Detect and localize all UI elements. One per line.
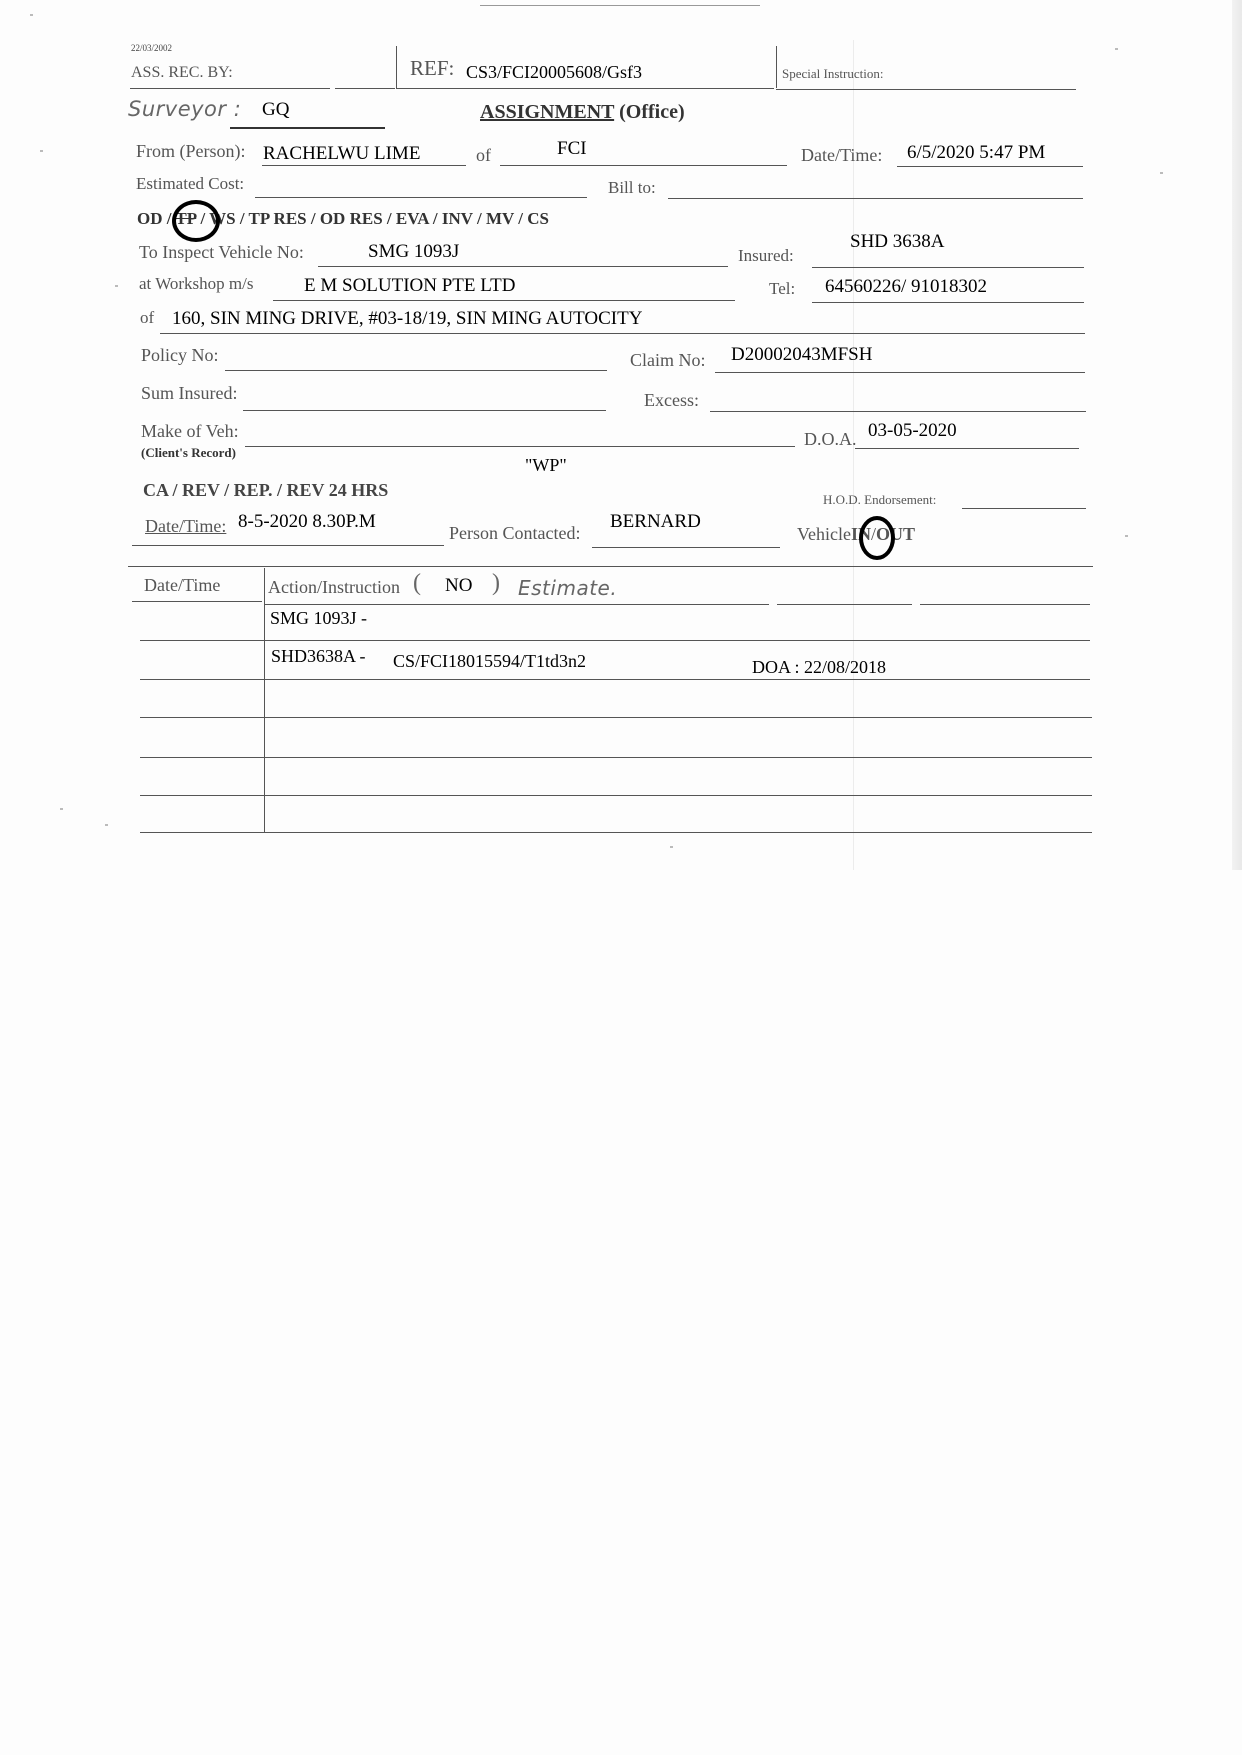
header-row-underline-4: [920, 604, 1090, 605]
inspect-vehicle-label: To Inspect Vehicle No:: [139, 242, 304, 263]
from-datetime-value[interactable]: 6/5/2020 5:47 PM: [907, 142, 1045, 164]
header-row-underline-1: [132, 601, 262, 602]
policy-no-field[interactable]: [225, 370, 607, 371]
scan-speck: [670, 846, 673, 848]
from-datetime-underline: [897, 166, 1083, 167]
type-option-od[interactable]: OD /: [137, 209, 175, 228]
col-header-datetime: Date/Time: [144, 575, 220, 596]
handwritten-estimate-note: Estimate.: [518, 576, 617, 600]
from-person-underline: [262, 165, 466, 166]
ref-label: REF:: [410, 56, 454, 81]
estimated-cost-label: Estimated Cost:: [136, 174, 244, 194]
make-of-vehicle-field[interactable]: [245, 446, 795, 447]
from-person-label: From (Person):: [136, 141, 246, 162]
scan-speck: [30, 14, 33, 16]
paren-open: (: [413, 570, 421, 597]
table-column-divider: [264, 568, 265, 833]
scan-artifact-line: [480, 5, 760, 6]
bill-to-field[interactable]: [668, 198, 1083, 199]
scan-speck: [115, 285, 118, 287]
contact-datetime-underline: [132, 545, 444, 546]
claim-no-underline: [715, 372, 1085, 373]
doa-value[interactable]: 03-05-2020: [868, 420, 957, 442]
from-datetime-label: Date/Time:: [801, 145, 882, 166]
header-row-underline-3: [777, 604, 912, 605]
estimated-cost-field[interactable]: [255, 197, 587, 198]
ref-value[interactable]: CS3/FCI20005608/Gsf3: [466, 62, 642, 83]
of-value[interactable]: FCI: [557, 138, 587, 160]
header-divider-2: [776, 46, 777, 88]
row-2-line: [140, 679, 1090, 680]
surveyor-value[interactable]: GQ: [262, 99, 289, 121]
scan-speck: [40, 150, 43, 152]
special-instruction-underline: [776, 89, 1076, 90]
ass-rec-by-underline: [130, 88, 330, 89]
insured-value[interactable]: SHD 3638A: [850, 231, 944, 253]
form-title: ASSIGNMENT (Office): [480, 101, 685, 124]
row-1-line: [140, 640, 1090, 641]
of-label: of: [476, 145, 491, 166]
person-contacted-underline: [592, 547, 780, 548]
form-title-sub: (Office): [619, 101, 685, 123]
bill-to-label: Bill to:: [608, 178, 656, 198]
vehicle-label: Vehicle: [797, 524, 851, 544]
header-divider-1: [396, 46, 397, 88]
person-contacted-value[interactable]: BERNARD: [610, 511, 701, 533]
address-value[interactable]: 160, SIN MING DRIVE, #03-18/19, SIN MING…: [172, 308, 642, 330]
header-row-underline-2: [264, 604, 769, 605]
insured-label: Insured:: [738, 246, 794, 266]
ref-underline: [396, 88, 774, 89]
claim-no-label: Claim No:: [630, 350, 706, 371]
estimate-flag-value[interactable]: NO: [445, 575, 472, 597]
row-2-ref[interactable]: CS/FCI18015594/T1td3n2: [393, 651, 586, 672]
ass-rec-by-label: ASS. REC. BY:: [131, 64, 233, 82]
scan-speck: [60, 808, 63, 810]
table-top-border: [128, 566, 1093, 567]
row-6-line: [140, 832, 1092, 833]
of-underline: [500, 165, 787, 166]
tel-underline: [812, 302, 1084, 303]
ass-rec-by-underline-2: [335, 88, 395, 89]
make-of-vehicle-label: Make of Veh:: [141, 421, 239, 442]
sum-insured-field[interactable]: [243, 410, 606, 411]
contact-datetime-value[interactable]: 8-5-2020 8.30P.M: [238, 511, 376, 533]
scan-speck: [1115, 48, 1118, 50]
policy-no-label: Policy No:: [141, 345, 219, 366]
address-underline: [160, 333, 1085, 334]
address-of-label: of: [140, 308, 154, 328]
row-2-doa[interactable]: DOA : 22/08/2018: [752, 657, 886, 678]
selection-circle-tp: [172, 200, 220, 242]
paren-close: ): [492, 570, 500, 597]
special-instruction-label: Special Instruction:: [782, 66, 883, 82]
contact-type-options[interactable]: CA / REV / REP. / REV 24 HRS: [143, 480, 388, 501]
scan-speck: [1160, 172, 1163, 174]
workshop-label: at Workshop m/s: [139, 274, 253, 294]
row-3-line: [140, 717, 1092, 718]
form-title-main: ASSIGNMENT: [480, 101, 614, 123]
doa-underline: [855, 448, 1079, 449]
tel-value[interactable]: 64560226/ 91018302: [825, 276, 987, 298]
clients-record-label: (Client's Record): [141, 445, 236, 461]
row-1-action[interactable]: SMG 1093J -: [270, 608, 367, 629]
hod-endorsement-field[interactable]: [962, 508, 1086, 509]
workshop-value[interactable]: E M SOLUTION PTE LTD: [304, 275, 515, 297]
stamp-date: 22/03/2002: [131, 43, 172, 53]
insured-underline: [812, 267, 1084, 268]
type-options-rest[interactable]: / WS / TP RES / OD RES / EVA / INV / MV …: [196, 209, 549, 228]
workshop-underline: [273, 300, 735, 301]
sum-insured-label: Sum Insured:: [141, 383, 238, 404]
col-header-action: Action/Instruction: [268, 577, 400, 598]
doa-label: D.O.A.: [804, 429, 857, 450]
scan-edge: [1232, 0, 1242, 870]
vehicle-in-out: VehicleIN/OUT: [797, 524, 915, 545]
scan-speck: [1125, 535, 1128, 537]
hod-endorsement-label: H.O.D. Endorsement:: [823, 492, 936, 508]
scan-speck: [105, 824, 108, 826]
from-person-value[interactable]: RACHELWU LIME: [263, 143, 420, 165]
row-2-action[interactable]: SHD3638A -: [271, 646, 366, 667]
surveyor-label: Surveyor :: [128, 97, 241, 121]
excess-label: Excess:: [644, 390, 699, 411]
tel-label: Tel:: [769, 279, 795, 299]
row-4-line: [140, 757, 1092, 758]
inspect-vehicle-underline: [318, 266, 728, 267]
excess-field[interactable]: [710, 411, 1086, 412]
surveyor-underline: [230, 127, 385, 129]
claim-no-value[interactable]: D20002043MFSH: [731, 344, 872, 366]
wp-note: "WP": [525, 455, 567, 476]
contact-datetime-label: Date/Time:: [145, 516, 226, 537]
selection-circle-in: [859, 516, 895, 560]
person-contacted-label: Person Contacted:: [449, 523, 580, 544]
row-5-line: [140, 795, 1092, 796]
inspect-vehicle-value[interactable]: SMG 1093J: [368, 241, 459, 263]
